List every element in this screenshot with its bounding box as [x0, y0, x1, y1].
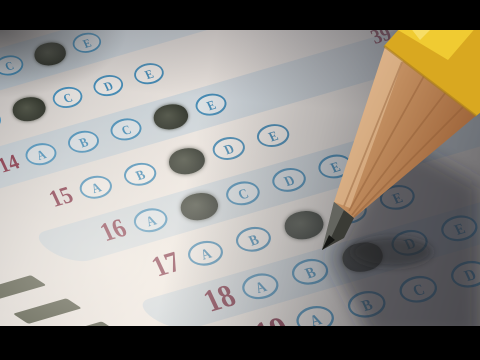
letterbox-top	[0, 0, 480, 30]
pencil	[0, 0, 480, 360]
photo-stage: 12ABCE13ACDE14ABCE15ABDE16ACDE17ABDE18AB…	[0, 0, 480, 360]
letterbox-bottom	[0, 326, 480, 360]
